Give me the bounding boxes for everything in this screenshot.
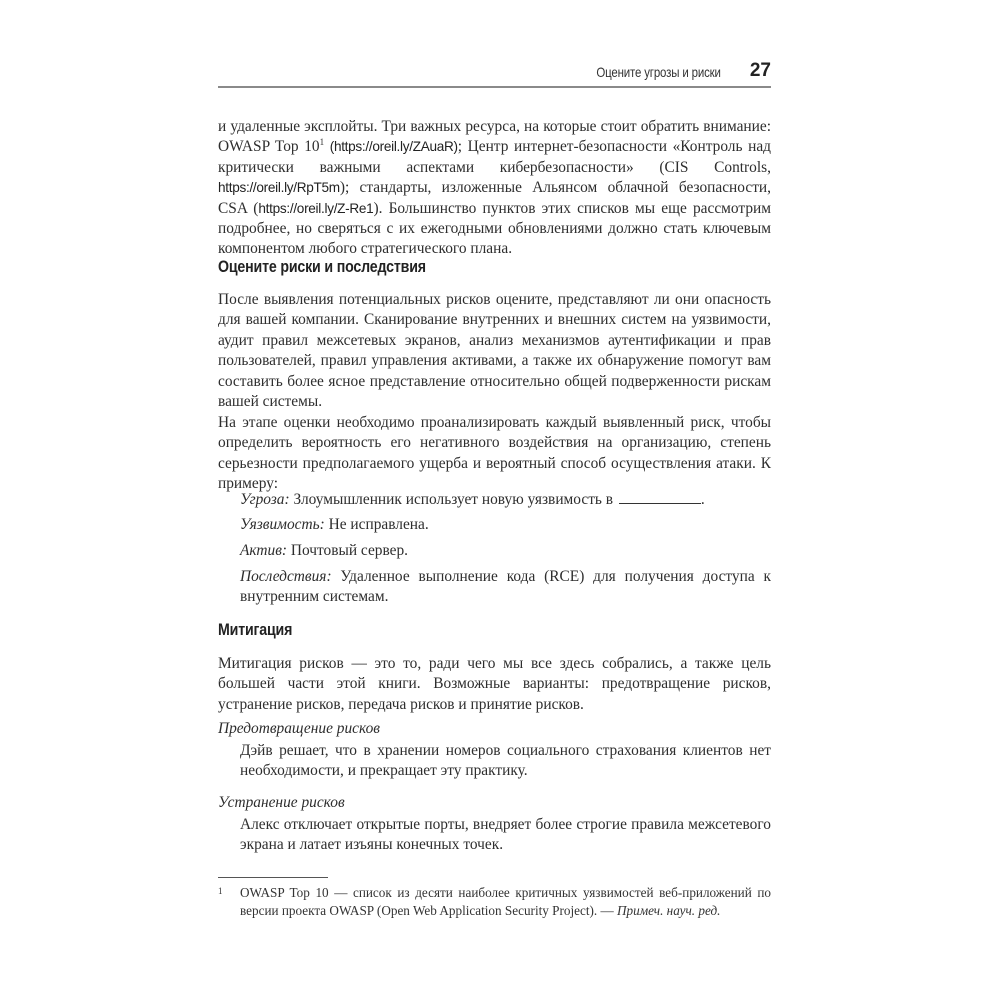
assess-paragraph-2: На этапе оценки необходимо проанализиров… — [218, 413, 771, 495]
page-number: 27 — [750, 60, 771, 82]
example-asset: Актив: Почтовый сервер. — [218, 541, 771, 561]
definition-remediation: Алекс отключает открытые порты, внедряет… — [218, 815, 771, 856]
footnote-number: 1 — [218, 882, 223, 900]
intro-paragraph: и удаленные эксплойты. Три важных ресурс… — [218, 117, 771, 260]
example-threat: Угроза: Злоумышленник использует новую у… — [218, 489, 771, 510]
term-avoidance: Предотвращение рисков — [218, 719, 771, 739]
footnote-ref[interactable]: 1 — [320, 137, 325, 147]
footnote: 1 OWASP Top 10 — список из десяти наибол… — [218, 884, 771, 920]
definition-avoidance: Дэйв решает, что в хранении номеров соци… — [218, 741, 771, 782]
link-cis[interactable]: https://oreil.ly/RpT5m — [218, 180, 340, 195]
blank-line — [619, 489, 701, 504]
running-head: Оцените угрозы и риски 27 — [218, 60, 771, 88]
assess-paragraph-1: После выявления потенциальных рисков оце… — [218, 290, 771, 412]
footnote-divider — [218, 877, 328, 878]
example-consequences: Последствия: Удаленное выполнение кода (… — [218, 567, 771, 608]
running-head-title: Оцените угрозы и риски — [597, 64, 721, 80]
example-vulnerability: Уязвимость: Не исправлена. — [218, 515, 771, 535]
heading-mitigation: Митигация — [218, 621, 292, 640]
term-remediation: Устранение рисков — [218, 793, 771, 813]
link-owasp[interactable]: (https://oreil.ly/ZAuaR) — [330, 139, 458, 154]
mitigation-paragraph: Митигация рисков — это то, ради чего мы … — [218, 654, 771, 715]
heading-assess-risks: Оцените риски и последствия — [218, 258, 426, 277]
link-csa[interactable]: https://oreil.ly/Z-Re1 — [258, 201, 373, 216]
